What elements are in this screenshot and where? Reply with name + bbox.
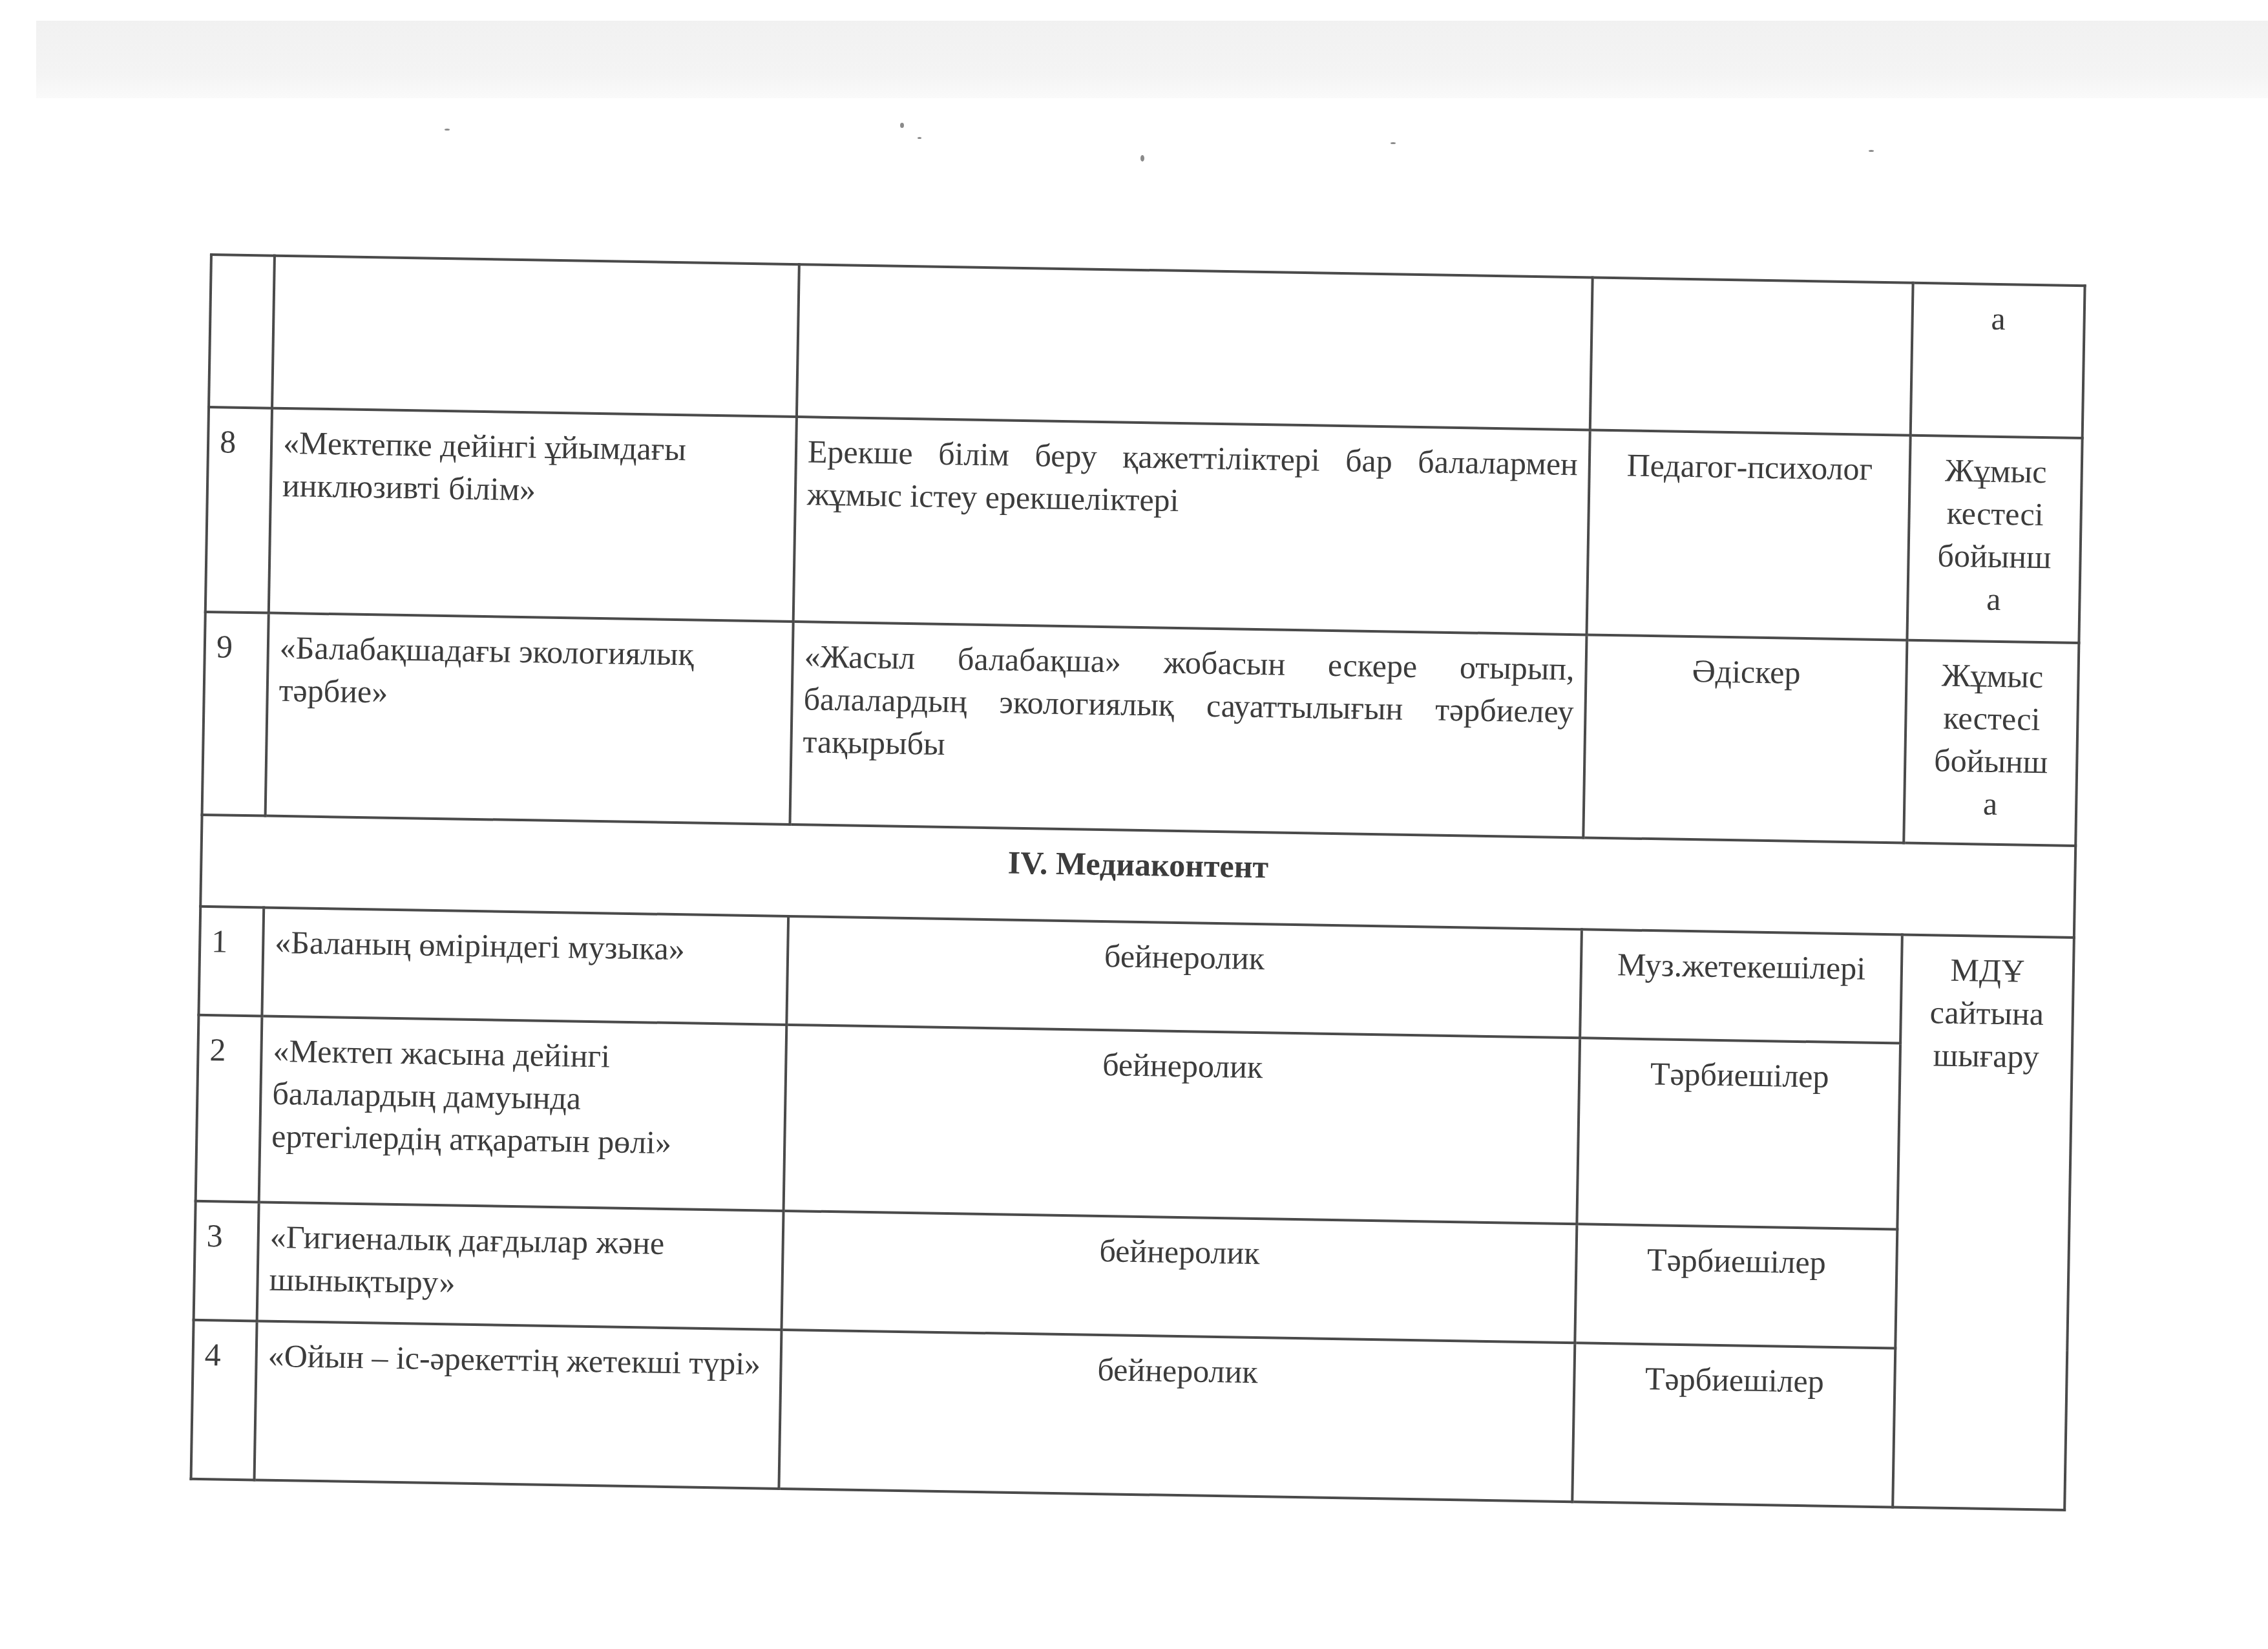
cell-number	[209, 255, 275, 408]
scan-edge-shading	[36, 21, 2268, 98]
cell-format: бейнеролик	[784, 1025, 1580, 1224]
table-row: 8 «Мектепке дейінгі ұйымдағы инклюзивті …	[205, 407, 2083, 643]
cell-responsible: Әдіскер	[1583, 635, 1907, 843]
cell-responsible: Тәрбиешілер	[1575, 1224, 1897, 1348]
cell-title: «Баланың өміріндегі музыка»	[262, 908, 788, 1025]
cell-title: «Балабақшадағы экологиялық тәрбие»	[266, 613, 793, 824]
cell-number: 1	[198, 907, 264, 1016]
plan-table: а 8 «Мектепке дейінгі ұйымдағы инклюзивт…	[190, 253, 2086, 1511]
cell-title: «Гигиеналық дағдылар және шынықтыру»	[257, 1202, 784, 1329]
cell-number: 3	[194, 1201, 259, 1321]
cell-format: бейнеролик	[779, 1330, 1575, 1502]
timing-line: а	[1919, 576, 2068, 622]
timing-line: кестесі	[1917, 696, 2066, 741]
cell-timing-merged: МДҰ сайтына шығару	[1893, 935, 2074, 1510]
table-row-continuation: а	[209, 255, 2085, 438]
cell-title	[272, 256, 799, 417]
cell-format: бейнеролик	[786, 916, 1582, 1038]
timing-line: кестесі	[1920, 491, 2070, 536]
scan-speck	[1391, 142, 1396, 144]
cell-number: 2	[196, 1015, 262, 1203]
table-row: 9 «Балабақшадағы экологиялық тәрбие» «Жа…	[202, 612, 2079, 846]
document-table-container: а 8 «Мектепке дейінгі ұйымдағы инклюзивт…	[190, 253, 2084, 1511]
cell-title: «Ойын – іс-әрекеттің жетекші түрі»	[255, 1321, 782, 1488]
timing-line: Жұмыс	[1918, 653, 2067, 698]
timing-line: Жұмыс	[1921, 448, 2070, 494]
cell-responsible: Педагог-психолог	[1587, 430, 1911, 640]
table-row: 4 «Ойын – іс-әрекеттің жетекші түрі» бей…	[191, 1320, 2068, 1510]
cell-responsible	[1590, 277, 1913, 435]
table-row: 2 «Мектеп жасына дейінгі балалардың даму…	[196, 1015, 2072, 1232]
cell-timing: Жұмыс кестесі бойынш а	[1907, 436, 2082, 643]
timing-line: шығару	[1911, 1033, 2061, 1078]
timing-line: МДҰ	[1913, 948, 2062, 993]
timing-line: сайтына	[1912, 991, 2061, 1036]
scan-speck	[445, 129, 450, 131]
cell-description	[797, 264, 1593, 430]
cell-number: 8	[205, 407, 272, 613]
title-line: ертегілердің атқаратын рөлі»	[271, 1115, 773, 1166]
cell-format: бейнеролик	[782, 1211, 1577, 1343]
timing-line: бойынш	[1916, 739, 2066, 784]
timing-line: бойынш	[1920, 534, 2069, 579]
cell-number: 9	[202, 612, 269, 816]
cell-title: «Мектепке дейінгі ұйымдағы инклюзивті бі…	[269, 408, 797, 622]
scan-speck	[918, 137, 921, 139]
timing-line: а	[1916, 781, 2065, 826]
scan-speck	[1140, 155, 1144, 162]
scan-speck	[1869, 150, 1874, 152]
cell-responsible: Тәрбиешілер	[1572, 1343, 1895, 1507]
cell-responsible: Муз.жетекешілері	[1580, 929, 1902, 1043]
scan-speck	[900, 123, 904, 128]
cell-timing: Жұмыс кестесі бойынш а	[1904, 640, 2079, 846]
cell-title: «Мектеп жасына дейінгі балалардың дамуын…	[259, 1016, 787, 1210]
cell-timing: а	[1911, 283, 2085, 438]
cell-description: «Жасыл балабақша» жобасын ескере отырып,…	[790, 622, 1586, 837]
cell-description: Ерекше білім беру қажеттіліктері бар бал…	[793, 417, 1590, 635]
cell-number: 4	[191, 1320, 257, 1480]
cell-responsible: Тәрбиешілер	[1577, 1038, 1900, 1229]
